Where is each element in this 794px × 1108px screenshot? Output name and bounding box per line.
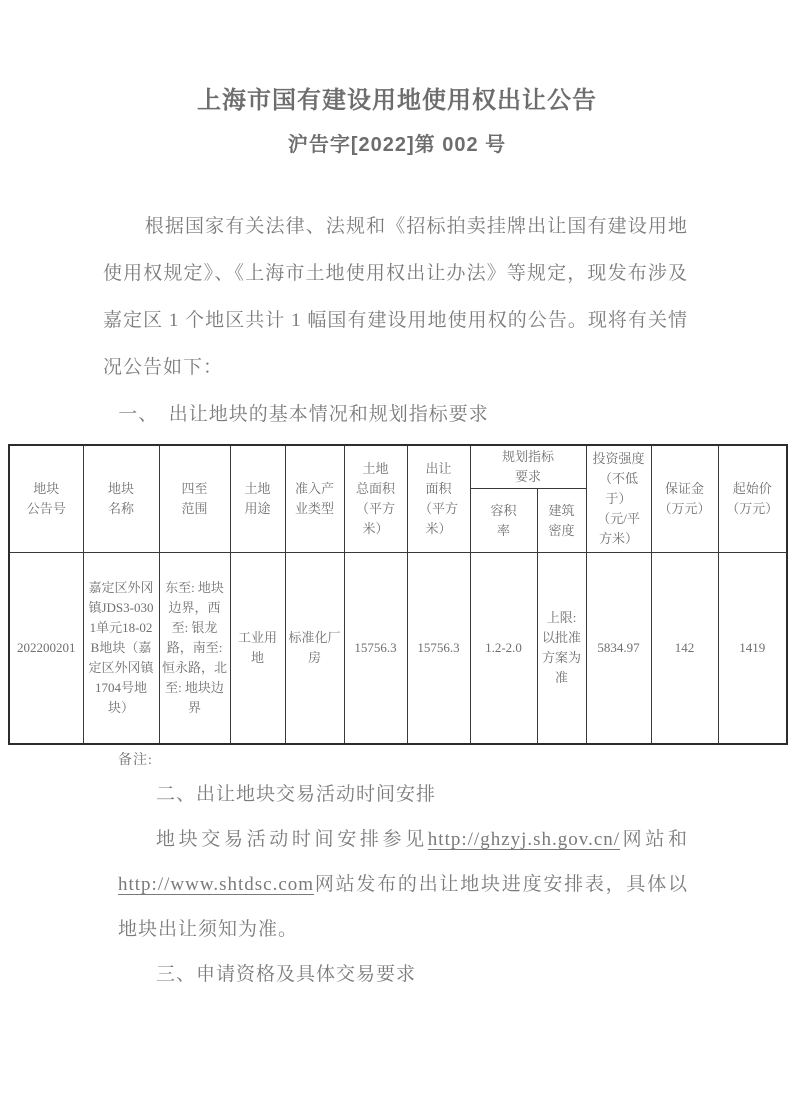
cell-land-use: 工业用地 bbox=[230, 553, 285, 745]
cell-name: 嘉定区外冈镇JDS3-0301单元18-02B地块（嘉定区外冈镇1704号地块） bbox=[83, 553, 159, 745]
cell-boundary: 东至: 地块边界，西至: 银龙路，南至: 恒永路，北至: 地块边界 bbox=[159, 553, 230, 745]
cell-industry: 标准化厂房 bbox=[285, 553, 344, 745]
cell-density: 上限: 以批准方案为准 bbox=[537, 553, 586, 745]
cell-plot-ratio: 1.2-2.0 bbox=[470, 553, 537, 745]
schedule-section: 二、出让地块交易活动时间安排 地块交易活动时间安排参见http://ghzyj.… bbox=[118, 772, 688, 997]
doc-title: 上海市国有建设用地使用权出让公告 bbox=[0, 84, 794, 118]
col-header-boundary: 四至 范围 bbox=[159, 445, 230, 553]
cell-start-price: 1419 bbox=[718, 553, 787, 745]
land-parcel-table: 地块 公告号 地块 名称 四至 范围 土地 用途 准入产 业类型 土地 总面积 … bbox=[8, 444, 788, 745]
table-row: 202200201 嘉定区外冈镇JDS3-0301单元18-02B地块（嘉定区外… bbox=[9, 553, 787, 745]
section-2-heading: 二、出让地块交易活动时间安排 bbox=[118, 772, 688, 817]
col-header-investment: 投资强度 （不低 于） （元/平 方米） bbox=[586, 445, 651, 553]
col-header-land-use: 土地 用途 bbox=[230, 445, 285, 553]
cell-notice-no: 202200201 bbox=[9, 553, 83, 745]
cell-investment: 5834.97 bbox=[586, 553, 651, 745]
schedule-text-middle: 网站和 bbox=[620, 829, 688, 850]
cell-deposit: 142 bbox=[651, 553, 718, 745]
col-header-notice-no: 地块 公告号 bbox=[9, 445, 83, 553]
link-ghzyj-website[interactable]: http://ghzyj.sh.gov.cn/ bbox=[428, 829, 620, 850]
intro-paragraph: 根据国家有关法律、法规和《招标拍卖挂牌出让国有建设用地使用权规定》、《上海市土地… bbox=[103, 203, 688, 391]
schedule-text-lead: 地块交易活动时间安排参见 bbox=[156, 829, 428, 850]
section-1-heading: 一、 出让地块的基本情况和规划指标要求 bbox=[103, 391, 688, 438]
col-header-industry: 准入产 业类型 bbox=[285, 445, 344, 553]
col-header-deposit: 保证金 （万元） bbox=[651, 445, 718, 553]
col-header-transfer-area: 出让 面积 （平方 米） bbox=[407, 445, 470, 553]
schedule-paragraph: 地块交易活动时间安排参见http://ghzyj.sh.gov.cn/网站和ht… bbox=[118, 817, 688, 952]
document-page: 上海市国有建设用地使用权出让公告 沪告字[2022]第 002 号 根据国家有关… bbox=[0, 0, 794, 1108]
col-header-plot-ratio: 容积 率 bbox=[470, 489, 537, 553]
col-header-name: 地块 名称 bbox=[83, 445, 159, 553]
col-header-plan-indicator-group: 规划指标 要求 bbox=[470, 445, 586, 489]
cell-transfer-area: 15756.3 bbox=[407, 553, 470, 745]
intro-section: 根据国家有关法律、法规和《招标拍卖挂牌出让国有建设用地使用权规定》、《上海市土地… bbox=[103, 203, 688, 438]
remark-label: 备注: bbox=[118, 750, 794, 772]
col-header-start-price: 起始价 （万元） bbox=[718, 445, 787, 553]
link-shtdsc-website[interactable]: http://www.shtdsc.com bbox=[118, 874, 314, 895]
cell-total-area: 15756.3 bbox=[344, 553, 407, 745]
col-header-total-area: 土地 总面积 （平方 米） bbox=[344, 445, 407, 553]
section-3-heading: 三、申请资格及具体交易要求 bbox=[118, 952, 688, 997]
col-header-density: 建筑 密度 bbox=[537, 489, 586, 553]
doc-number: 沪告字[2022]第 002 号 bbox=[0, 131, 794, 159]
